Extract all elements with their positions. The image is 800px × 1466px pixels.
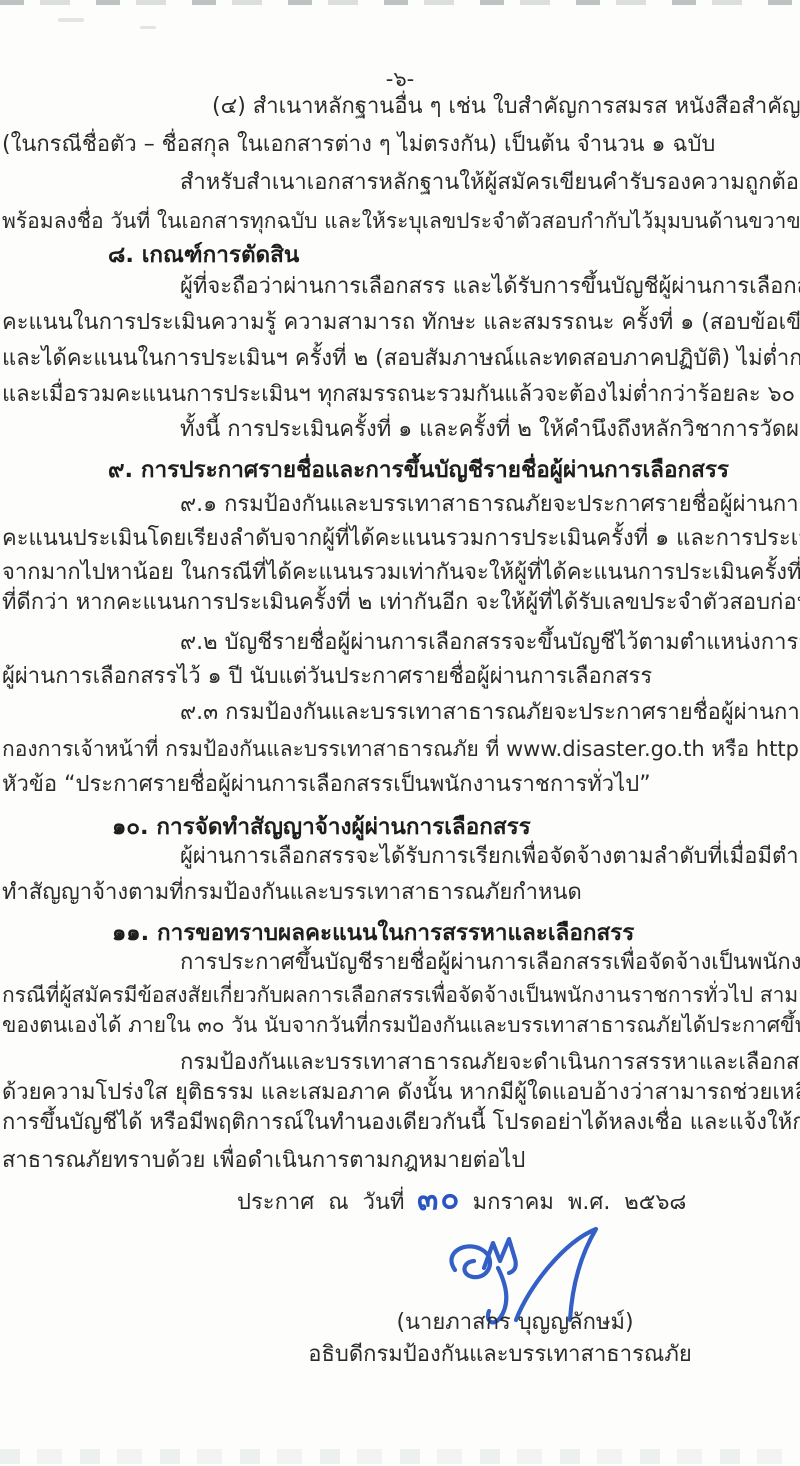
body-line: ผู้ผ่านการเลือกสรรจะได้รับการเรียกเพื่อจ… (180, 842, 800, 872)
date-suffix: มกราคม พ.ศ. ๒๕๖๘ (473, 1184, 687, 1219)
body-line: ทั้งนี้ การประเมินครั้งที่ ๑ และครั้งที่… (180, 415, 800, 445)
scan-artifact-bottom (0, 1449, 800, 1464)
signatory-name: (นายภาสกร บุญญลักษม์) (330, 1308, 700, 1338)
body-line: (๔) สำเนาหลักฐานอื่น ๆ เช่น ใบสำคัญการสม… (212, 92, 800, 122)
body-line: จากมากไปหาน้อย ในกรณีที่ได้คะแนนรวมเท่าก… (2, 558, 800, 588)
body-line: สาธารณภัยทราบด้วย เพื่อดำเนินการตามกฎหมา… (2, 1146, 525, 1176)
scan-artifact-top (0, 0, 800, 5)
body-line: การประกาศขึ้นบัญชีรายชื่อผู้ผ่านการเลือก… (180, 948, 800, 978)
body-line: พร้อมลงชื่อ วันที่ ในเอกสารทุกฉบับ และให… (2, 206, 800, 236)
body-line: คะแนนในการประเมินความรู้ ความสามารถ ทักษ… (2, 308, 800, 338)
signatory-title: อธิบดีกรมป้องกันและบรรเทาสาธารณภัย (290, 1340, 710, 1370)
section-8-heading: ๘. เกณฑ์การตัดสิน (108, 240, 299, 270)
signature-swoosh-stroke (516, 1229, 596, 1320)
scan-speck (58, 18, 84, 22)
body-line: หัวข้อ “ประกาศรายชื่อผู้ผ่านการเลือกสรรเ… (2, 770, 651, 800)
section-11-heading: ๑๑. การขอทราบผลคะแนนในการสรรหาและเลือกสร… (112, 918, 634, 948)
body-line: กรณีที่ผู้สมัครมีข้อสงสัยเกี่ยวกับผลการเ… (2, 980, 800, 1010)
body-line: และได้คะแนนในการประเมินฯ ครั้งที่ ๒ (สอบ… (2, 344, 800, 374)
body-line-with-urls: กองการเจ้าหน้าที่ กรมป้องกันและบรรเทาสาธ… (2, 734, 800, 764)
handwritten-day: ๓๐ (416, 1185, 461, 1213)
page-number: -๖- (0, 64, 800, 94)
body-line: (ในกรณีชื่อตัว – ชื่อสกุล ในเอกสารต่าง ๆ… (2, 130, 715, 160)
document-page: -๖- (๔) สำเนาหลักฐานอื่น ๆ เช่น ใบสำคัญก… (0, 0, 800, 1466)
body-line: และเมื่อรวมคะแนนการประเมินฯ ทุกสมรรถนะรว… (2, 380, 795, 410)
body-line: กรมป้องกันและบรรเทาสาธารณภัยจะดำเนินการส… (180, 1048, 800, 1078)
body-line: ผู้ผ่านการเลือกสรรไว้ ๑ ปี นับแต่วันประก… (2, 662, 652, 692)
announcement-date-line: ประกาศ ณ วันที่ ๓๐ มกราคม พ.ศ. ๒๕๖๘ (237, 1184, 686, 1219)
body-line: ผู้ที่จะถือว่าผ่านการเลือกสรร และได้รับก… (180, 272, 800, 302)
body-line: ของตนเองได้ ภายใน ๓๐ วัน นับจากวันที่กรม… (2, 1010, 800, 1040)
body-line: ที่ดีกว่า หากคะแนนการประเมินครั้งที่ ๒ เ… (2, 588, 800, 618)
body-line: คะแนนประเมินโดยเรียงลำดับจากผู้ที่ได้คะแ… (2, 524, 800, 554)
body-line: ทำสัญญาจ้างตามที่กรมป้องกันและบรรเทาสาธา… (2, 878, 582, 908)
section-10-heading: ๑๐. การจัดทำสัญญาจ้างผู้ผ่านการเลือกสรร (112, 812, 531, 842)
date-prefix: ประกาศ ณ วันที่ (237, 1184, 405, 1219)
body-line: การขึ้นบัญชีได้ หรือมีพฤติการณ์ในทำนองเด… (2, 1108, 800, 1138)
section-9-heading: ๙. การประกาศรายชื่อและการขึ้นบัญชีรายชื่… (108, 455, 729, 485)
body-line: ด้วยความโปร่งใส ยุติธรรม และเสมอภาค ดังน… (2, 1078, 800, 1108)
body-line: ๙.๒ บัญชีรายชื่อผู้ผ่านการเลือกสรรจะขึ้น… (180, 628, 800, 658)
body-line: ๙.๑ กรมป้องกันและบรรเทาสาธารณภัยจะประกาศ… (180, 490, 800, 520)
body-line: ๙.๓ กรมป้องกันและบรรเทาสาธารณภัยจะประกาศ… (180, 698, 800, 728)
scan-speck (140, 26, 156, 29)
body-line: สำหรับสำเนาเอกสารหลักฐานให้ผู้สมัครเขียน… (180, 168, 800, 198)
